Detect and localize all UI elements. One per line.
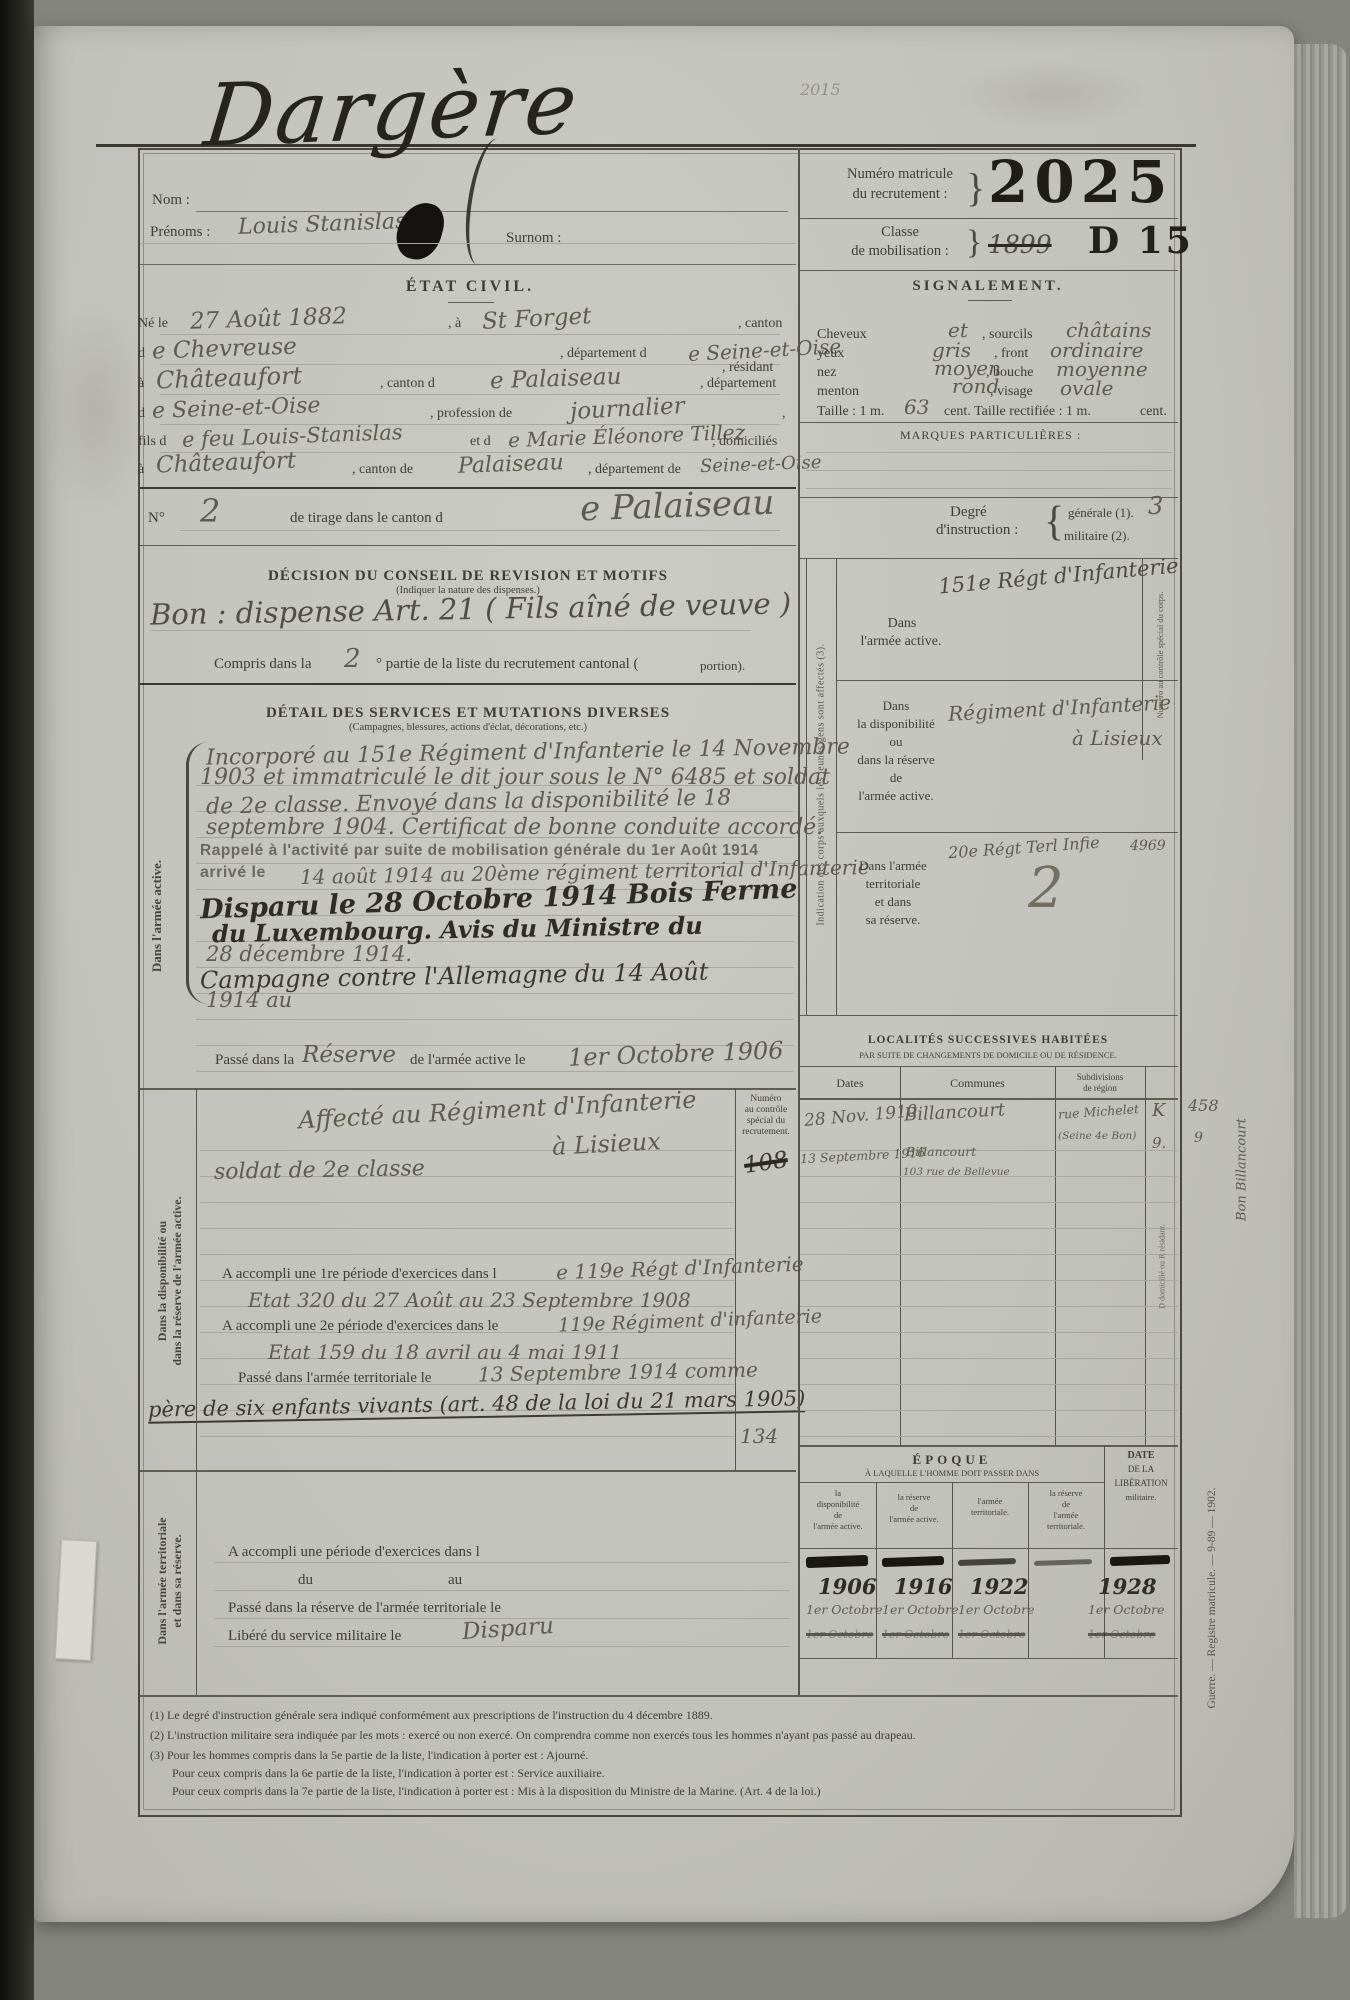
visage-label: , visage (990, 384, 1033, 400)
margin-note-9: 9 (1194, 1130, 1203, 1146)
label: , département de (588, 462, 681, 478)
services-subheading: (Campagnes, blessures, actions d'éclat, … (140, 722, 796, 733)
date-col-label: DATE (1104, 1450, 1178, 1461)
bottom-exercice-label: A accompli une période d'exercices dans … (228, 1544, 480, 1561)
au-label: au (448, 1572, 462, 1589)
strip-rule (836, 558, 837, 1015)
epoque-subtitle: À LAQUELLE L'HOMME DOIT PASSER DANS (800, 1468, 1104, 1478)
dispo-label: la disponibilité (836, 716, 956, 732)
epoque-struck-3: 1er Octobre (958, 1628, 1025, 1641)
libere-label: Libéré du service militaire le (228, 1628, 401, 1645)
margin-label-line: et dans sa réserve. (170, 1461, 185, 1701)
rule (806, 452, 1172, 453)
degre-label-1: Degré (950, 504, 987, 521)
commune-entry-3: 103 rue de Bellevue (903, 1166, 1010, 1178)
reserve-label: Passé dans la (215, 1052, 294, 1069)
prenoms-label: Prénoms : (150, 224, 210, 241)
yeux-label: yeux (817, 346, 844, 362)
tirage-label: de tirage dans le canton d (290, 510, 443, 527)
footnote-3: (3) Pour les hommes compris dans la 5e p… (150, 1748, 588, 1763)
numero-value-2: 134 (740, 1424, 778, 1448)
epoque-col3-label: l'armée (952, 1496, 1028, 1506)
localites-heading: LOCALITÉS SUCCESSIVES HABITÉES (828, 1034, 1148, 1046)
pencil-note: 2015 (800, 80, 841, 99)
residence-canton: e Palaiseau (490, 364, 622, 395)
surnom-label: Surnom : (506, 230, 561, 247)
taille-label-2: cent. Taille rectifiée : 1 m. (944, 404, 1091, 420)
arrive-stamp: arrivé le (200, 864, 266, 882)
rule (800, 270, 1178, 271)
narrow-entry-9: 9. (1152, 1134, 1166, 1152)
service-line: 1903 et immatriculé le dit jour sous le … (200, 765, 830, 790)
epoque-col1-label: l'armée active. (800, 1521, 876, 1531)
col-header-dates: Dates (800, 1076, 900, 1091)
compris-value: 2 (344, 644, 361, 674)
active-label-2: l'armée active. (836, 634, 966, 650)
brace: } (966, 224, 982, 262)
numero-col-label: au contrôle (736, 1105, 796, 1115)
rule (836, 680, 1178, 681)
classe-label-2: de mobilisation : (820, 243, 980, 260)
epoque-struck-1: 1er Octobre (806, 1628, 873, 1641)
epoque-col4-label: l'armée (1028, 1510, 1104, 1520)
rule (800, 1658, 1178, 1659)
etat-civil-heading: ÉTAT CIVIL. (240, 278, 700, 296)
margin-label-disponibilite: Dans la disponibilité ou dans la réserve… (155, 1111, 185, 1451)
numero-col-label: Numéro (736, 1094, 796, 1104)
epoque-struck-2: 1er Octobre (882, 1628, 949, 1641)
label: , canton d (380, 376, 435, 392)
militaire-label: militaire (2). (1064, 528, 1130, 544)
exercice2-label: A accompli une 2e période d'exercices da… (222, 1318, 498, 1335)
generale-label: générale (1). (1068, 505, 1134, 521)
label: fils d (138, 434, 166, 450)
marques-label: MARQUES PARTICULIÈRES : (900, 428, 1081, 443)
epoque-octobre-4: 1er Octobre (1088, 1602, 1164, 1617)
epoque-col1-label: de (800, 1510, 876, 1520)
subdiv-entry-2: (Seine 4e Bon) (1058, 1130, 1136, 1142)
birth-date: 27 Août 1882 (190, 303, 348, 334)
label: , domiciliés (712, 434, 777, 450)
localites-subheading: PAR SUITE DE CHANGEMENTS DE DOMICILE OU … (828, 1050, 1148, 1060)
cheveux-label: Cheveux (817, 327, 867, 343)
date-col-label: LIBÉRATION (1104, 1478, 1178, 1488)
domicile-departement: Seine-et-Oise (700, 452, 822, 477)
nez-label: nez (817, 365, 836, 381)
reserve-territoriale-label: Passé dans la réserve de l'armée territo… (228, 1600, 501, 1617)
rule (836, 832, 1178, 833)
reserve-label-2: de l'armée active le (410, 1052, 526, 1069)
epoque-struck-4: 1er Octobre (1088, 1628, 1155, 1641)
epoque-col4-label: territoriale. (1028, 1521, 1104, 1531)
margin-note-458: 458 (1188, 1096, 1219, 1115)
campagne-line-2: 1914 au (206, 988, 292, 1012)
epoque-col1-label: la (800, 1488, 876, 1498)
dispo-label: Dans (836, 698, 956, 714)
rule (800, 497, 1178, 498)
rule (800, 1445, 1178, 1447)
exercice1-label: A accompli une 1re période d'exercices d… (222, 1266, 497, 1283)
terr-label: et dans (838, 894, 948, 910)
label: d (138, 346, 145, 362)
epoque-col2-label: l'armée active. (876, 1514, 952, 1524)
pen-flourish-2: 2 (1028, 856, 1064, 921)
label: , canton (738, 316, 782, 332)
col-header-subdiv: Subdivisions (1055, 1072, 1145, 1082)
rule (800, 422, 1178, 423)
rule (214, 1646, 790, 1647)
dispo-label: ou (836, 734, 956, 750)
epoque-octobre-2: 1er Octobre (882, 1602, 958, 1617)
compris-label: Compris dans la (214, 656, 312, 673)
label: et d (470, 434, 491, 450)
epoque-title: ÉPOQUE (800, 1452, 1104, 1468)
generale-value: 3 (1148, 492, 1163, 520)
terr-label: Dans l'armée (838, 858, 948, 874)
column-rule (735, 1088, 736, 1470)
rule (214, 1562, 790, 1563)
dispo-label: l'armée active. (836, 788, 956, 804)
numero-col-label: spécial du (736, 1116, 796, 1126)
rule (150, 630, 750, 631)
label: , (782, 406, 786, 422)
numero-corps-caption: Numéro au contrôle spécial du corps. (1155, 557, 1165, 753)
epoque-col4-label: de (1028, 1499, 1104, 1509)
margin-label-line: Dans l'armée territoriale (155, 1461, 170, 1701)
rule (140, 264, 796, 265)
terr-label: territoriale (838, 876, 948, 892)
col-header-subdiv-2: de région (1055, 1083, 1145, 1093)
label: , résidant (722, 360, 773, 376)
rule (214, 1590, 790, 1591)
matricule-label-2: du recrutement : (820, 186, 980, 203)
rule (800, 1548, 1178, 1549)
margin-label-line: Dans la disponibilité ou (155, 1111, 170, 1451)
rule (448, 302, 494, 303)
residence-commune: Châteaufort (156, 361, 303, 394)
matricule-label: Numéro matricule (820, 166, 980, 183)
stain (40, 300, 150, 520)
corps-vertical-caption: Indication des corps auxquels les jeunes… (816, 560, 827, 1010)
territoriale-label: Passé dans l'armée territoriale le (238, 1370, 431, 1387)
ink-smear (806, 1555, 868, 1568)
table-rule (1104, 1445, 1105, 1658)
footnote-2: (2) L'instruction militaire sera indiqué… (150, 1728, 916, 1743)
rule (968, 300, 1012, 301)
epoque-col2-label: la réserve (876, 1492, 952, 1502)
service-line: septembre 1904. Certificat de bonne cond… (206, 815, 823, 840)
visage-value: ovale (1060, 376, 1114, 400)
date-col-label: DE LA (1104, 1464, 1178, 1474)
divider (140, 545, 796, 546)
label: d (138, 406, 145, 422)
reserve-value-1: Réserve (302, 1042, 396, 1068)
epoque-year-2: 1916 (894, 1574, 952, 1599)
stain (950, 60, 1150, 130)
label: à (138, 376, 144, 392)
affectation-line-2: à Lisieux (551, 1127, 661, 1161)
epoque-octobre-3: 1er Octobre (958, 1602, 1034, 1617)
epoque-col1-label: disponibilité (800, 1499, 876, 1509)
tirage-number-label: N° (148, 510, 165, 527)
margin-rule (196, 1088, 197, 1695)
rule (806, 470, 1172, 471)
epoque-col4-label: la réserve (1028, 1488, 1104, 1498)
dispo-regiment-value-2: à Lisieux (1072, 726, 1163, 750)
divider (140, 683, 796, 685)
taille-value: 63 (904, 395, 929, 419)
brace: { (1044, 498, 1064, 546)
du-label: du (298, 1572, 313, 1589)
margin-label-line: dans la réserve de l'armée active. (170, 1111, 185, 1451)
terr-numero-value: 4969 (1130, 838, 1166, 854)
tirage-canton: e Palaiseau (579, 483, 775, 530)
classe-new-value: D 15 (1088, 220, 1194, 262)
epoque-col3-label: territoriale. (952, 1507, 1028, 1517)
divider (140, 1470, 796, 1472)
margin-sticker (55, 1539, 97, 1661)
label: , département (700, 376, 776, 392)
sourcils-label: , sourcils (982, 327, 1033, 343)
divider (140, 1088, 796, 1090)
footnote-4: Pour ceux compris dans la 6e partie de l… (172, 1766, 605, 1781)
territoriale-value: 13 Septembre 1914 comme (478, 1358, 758, 1387)
compris-label-2: ° partie de la liste du recrutement cant… (376, 656, 639, 673)
nom-label: Nom : (152, 192, 190, 209)
margin-imprint: Guerre. — Registre matricule. — 9-89 — 1… (1206, 1408, 1218, 1788)
dispo-label: de (836, 770, 956, 786)
epoque-year-4: 1928 (1098, 1574, 1156, 1599)
rule (180, 530, 780, 531)
classe-label: Classe (820, 224, 980, 241)
date-col-label: militaire. (1104, 1492, 1178, 1502)
epoque-col2-label: de (876, 1503, 952, 1513)
mobilization-stamp: Rappelé à l'activité par suite de mobili… (200, 842, 759, 860)
scanned-register-page: Nom : Dargère Prénoms : Louis Stanislas … (0, 0, 1350, 2000)
taille-label-3: cent. (1140, 404, 1167, 420)
domicile-commune: Châteaufort (156, 448, 297, 479)
footnote-1: (1) Le degré d'instruction générale sera… (150, 1708, 713, 1723)
tirage-number: 2 (200, 492, 220, 530)
narrow-entry-k: K (1152, 1100, 1165, 1121)
margin-note-billancourt: Bon Billancourt (1235, 1070, 1250, 1270)
rule (140, 243, 796, 244)
decision-heading: DÉCISION DU CONSEIL DE REVISION ET MOTIF… (140, 568, 796, 585)
compris-label-3: portion). (700, 658, 745, 674)
brace: } (966, 164, 985, 211)
epoque-year-3: 1922 (970, 1574, 1028, 1599)
label: , département d (560, 346, 647, 362)
page-title-name: Dargère (200, 53, 584, 166)
label: à (138, 462, 144, 478)
strip-rule (806, 558, 807, 1015)
footnote-5: Pour ceux compris dans la 7e partie de l… (172, 1784, 821, 1799)
label: , profession de (430, 406, 512, 422)
signalement-heading: SIGNALEMENT. (838, 278, 1138, 295)
classe-old-value: 1899 (988, 230, 1052, 259)
active-label-1: Dans (852, 616, 952, 632)
divider (140, 1695, 1178, 1697)
exercice1-dates: Etat 320 du 27 Août au 23 Septembre 1908 (248, 1288, 691, 1312)
grade-line: soldat de 2e classe (214, 1156, 425, 1185)
col-header-communes: Communes (900, 1076, 1055, 1091)
epoque-year-1: 1906 (818, 1574, 876, 1599)
terr-label: sa réserve. (838, 912, 948, 928)
label: , à (448, 316, 461, 332)
taille-label: Taille : 1 m. (817, 404, 884, 420)
book-spine (0, 0, 34, 2000)
narrow-col-caption: D domicilié ou R résidant. (1158, 1145, 1167, 1389)
numero-col-label: recrutement. (736, 1127, 796, 1137)
rule (800, 1066, 1178, 1067)
epoque-octobre-1: 1er Octobre (806, 1602, 882, 1617)
commune-entry-2: Billancourt (906, 1144, 976, 1159)
margin-label-armee-active: Dans l'armée active. (149, 841, 165, 991)
rule (806, 488, 1172, 489)
label: , canton de (352, 462, 413, 478)
domicile-canton: Palaiseau (458, 450, 565, 479)
rule (800, 218, 1178, 219)
rule (800, 1015, 1178, 1016)
services-heading: DÉTAIL DES SERVICES ET MUTATIONS DIVERSE… (140, 705, 796, 722)
degre-label-2: d'instruction : (936, 522, 1018, 539)
page-stack-edge (1294, 44, 1348, 1918)
matricule-value: 2025 (988, 148, 1173, 216)
birth-canton: e Chevreuse (152, 333, 298, 364)
ne-le-label: Né le (138, 316, 168, 332)
dispo-label: dans la réserve (836, 752, 956, 768)
margin-label-territoriale: Dans l'armée territoriale et dans sa rés… (155, 1461, 185, 1701)
menton-label: menton (817, 384, 859, 400)
